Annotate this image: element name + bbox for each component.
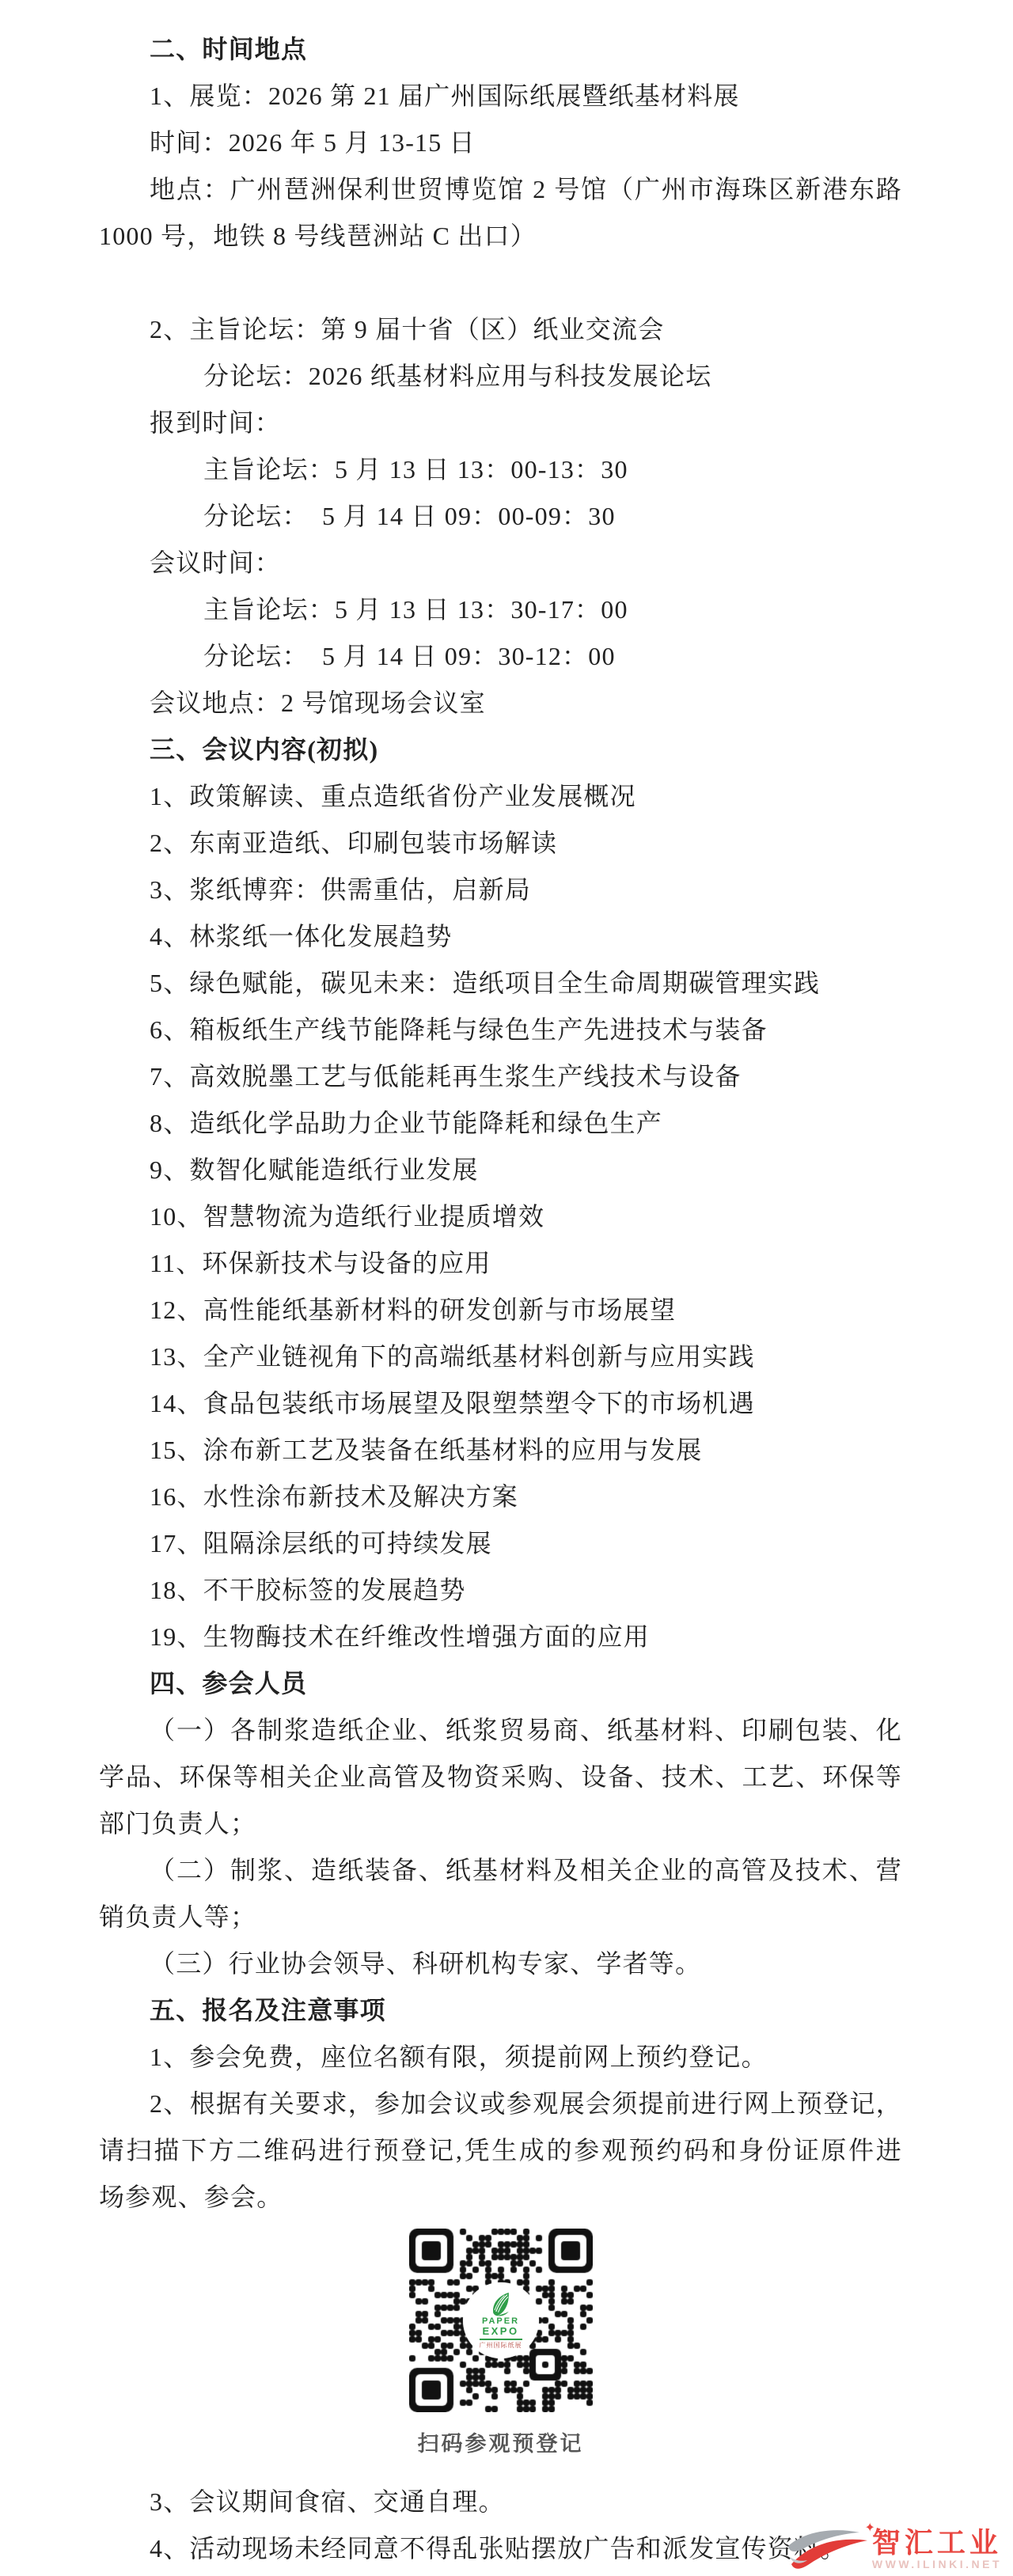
para-checkin-main: 主旨论坛：5 月 13 日 13：00-13：30 bbox=[99, 446, 902, 493]
text-line: 2、根据有关要求，参加会议或参观展会须提前进行网上预登记， bbox=[99, 2081, 902, 2127]
participant-item: （二）制浆、造纸装备、纸基材料及相关企业的高管及技术、营 销负责人等； bbox=[99, 1847, 902, 1941]
swoosh-icon: ✦ bbox=[787, 2525, 869, 2571]
para-meeting-sub: 分论坛： 5 月 14 日 09：30-12：00 bbox=[99, 633, 902, 680]
para-venue: 会议地点：2 号馆现场会议室 bbox=[99, 680, 902, 727]
document-page: 二、时间地点 1、展览：2026 第 21 届广州国际纸展暨纸基材料展 时间：2… bbox=[0, 0, 1013, 2572]
text-line: 部门负责人； bbox=[99, 1800, 902, 1847]
watermark-logo: ✦ 智汇工业 WWW.ILINKI.NET bbox=[787, 2522, 1002, 2571]
section-heading-registration: 五、报名及注意事项 bbox=[99, 1987, 902, 2034]
para-location: 地点：广州琶洲保利世贸博览馆 2 号馆（广州市海珠区新港东路 1000 号，地铁… bbox=[99, 166, 902, 260]
note-item: 4、活动现场未经同意不得乱张贴摆放广告和派发宣传资料。 bbox=[99, 2525, 902, 2572]
paper-expo-logo: PAPER EXPO 广州国际纸展 bbox=[463, 2282, 539, 2358]
para-checkin-label: 报到时间： bbox=[99, 400, 902, 446]
agenda-item: 3、浆纸博弈：供需重估，启新局 bbox=[99, 867, 902, 913]
text-line: 学品、环保等相关企业高管及物资采购、设备、技术、工艺、环保等 bbox=[99, 1754, 902, 1800]
agenda-item: 16、水性涂布新技术及解决方案 bbox=[99, 1474, 902, 1520]
watermark-text: 智汇工业 WWW.ILINKI.NET bbox=[872, 2528, 1002, 2571]
agenda-item: 13、全产业链视角下的高端纸基材料创新与应用实践 bbox=[99, 1334, 902, 1380]
agenda-item: 17、阻隔涂层纸的可持续发展 bbox=[99, 1520, 902, 1567]
paper-expo-wordmark-line2: EXPO bbox=[482, 2326, 518, 2337]
agenda-item: 2、东南亚造纸、印刷包装市场解读 bbox=[99, 820, 902, 867]
para-meeting-main: 主旨论坛：5 月 13 日 13：30-17：00 bbox=[99, 586, 902, 633]
para-exhibition-time: 时间：2026 年 5 月 13-15 日 bbox=[99, 120, 902, 166]
paper-expo-subtitle: 广州国际纸展 bbox=[480, 2342, 522, 2349]
qr-caption: 扫码参观预登记 bbox=[99, 2431, 902, 2456]
agenda-item: 11、环保新技术与设备的应用 bbox=[99, 1240, 902, 1287]
text-line: 1000 号，地铁 8 号线琶洲站 C 出口） bbox=[99, 213, 902, 260]
text-line: 场参观、参会。 bbox=[99, 2174, 902, 2221]
qr-figure: PAPER EXPO 广州国际纸展 扫码参观预登记 bbox=[99, 2229, 902, 2456]
para-meeting-label: 会议时间： bbox=[99, 540, 902, 586]
watermark-brand: 智汇工业 bbox=[872, 2528, 1002, 2558]
para-forum: 2、主旨论坛：第 9 届十省（区）纸业交流会 bbox=[99, 306, 902, 353]
note-item: 1、参会免费，座位名额有限，须提前网上预约登记。 bbox=[99, 2034, 902, 2081]
para-exhibition: 1、展览：2026 第 21 届广州国际纸展暨纸基材料展 bbox=[99, 73, 902, 120]
agenda-item: 12、高性能纸基新材料的研发创新与市场展望 bbox=[99, 1287, 902, 1334]
watermark-url: WWW.ILINKI.NET bbox=[872, 2558, 1002, 2571]
agenda-item: 5、绿色赋能，碳见未来：造纸项目全生命周期碳管理实践 bbox=[99, 960, 902, 1007]
section-heading-participants: 四、参会人员 bbox=[99, 1660, 902, 1707]
agenda-item: 15、涂布新工艺及装备在纸基材料的应用与发展 bbox=[99, 1427, 902, 1474]
qr-code-box: PAPER EXPO 广州国际纸展 bbox=[409, 2229, 593, 2412]
agenda-item: 6、箱板纸生产线节能降耗与绿色生产先进技术与装备 bbox=[99, 1007, 902, 1053]
text-line: 销负责人等； bbox=[99, 1894, 902, 1941]
text-line: （一）各制浆造纸企业、纸浆贸易商、纸基材料、印刷包装、化 bbox=[99, 1707, 902, 1754]
para-sub-forum: 分论坛：2026 纸基材料应用与科技发展论坛 bbox=[99, 353, 902, 400]
para-checkin-sub: 分论坛： 5 月 14 日 09：00-09：30 bbox=[99, 493, 902, 540]
text-line: 请扫描下方二维码进行预登记,凭生成的参观预约码和身份证原件进 bbox=[99, 2127, 902, 2174]
text-line: 地点：广州琶洲保利世贸博览馆 2 号馆（广州市海珠区新港东路 bbox=[99, 166, 902, 213]
agenda-item: 19、生物酶技术在纤维改性增强方面的应用 bbox=[99, 1614, 902, 1660]
leaf-icon bbox=[490, 2292, 512, 2317]
participant-item: （一）各制浆造纸企业、纸浆贸易商、纸基材料、印刷包装、化 学品、环保等相关企业高… bbox=[99, 1707, 902, 1847]
participant-item: （三）行业协会领导、科研机构专家、学者等。 bbox=[99, 1941, 902, 1987]
agenda-item: 14、食品包装纸市场展望及限塑禁塑令下的市场机遇 bbox=[99, 1380, 902, 1427]
agenda-item: 18、不干胶标签的发展趋势 bbox=[99, 1567, 902, 1614]
agenda-item: 8、造纸化学品助力企业节能降耗和绿色生产 bbox=[99, 1100, 902, 1147]
note-item: 3、会议期间食宿、交通自理。 bbox=[99, 2479, 902, 2525]
note-item: 2、根据有关要求，参加会议或参观展会须提前进行网上预登记， 请扫描下方二维码进行… bbox=[99, 2081, 902, 2221]
agenda-item: 10、智慧物流为造纸行业提质增效 bbox=[99, 1193, 902, 1240]
agenda-item: 1、政策解读、重点造纸省份产业发展概况 bbox=[99, 773, 902, 820]
agenda-item: 4、林浆纸一体化发展趋势 bbox=[99, 913, 902, 960]
sparkle-icon: ✦ bbox=[865, 2522, 875, 2535]
section-heading-agenda: 三、会议内容(初拟) bbox=[99, 727, 902, 773]
section-heading-time-location: 二、时间地点 bbox=[99, 26, 902, 73]
text-line: （二）制浆、造纸装备、纸基材料及相关企业的高管及技术、营 bbox=[99, 1847, 902, 1894]
agenda-item: 9、数智化赋能造纸行业发展 bbox=[99, 1147, 902, 1193]
agenda-item: 7、高效脱墨工艺与低能耗再生浆生产线技术与设备 bbox=[99, 1053, 902, 1100]
logo-divider bbox=[480, 2339, 522, 2340]
